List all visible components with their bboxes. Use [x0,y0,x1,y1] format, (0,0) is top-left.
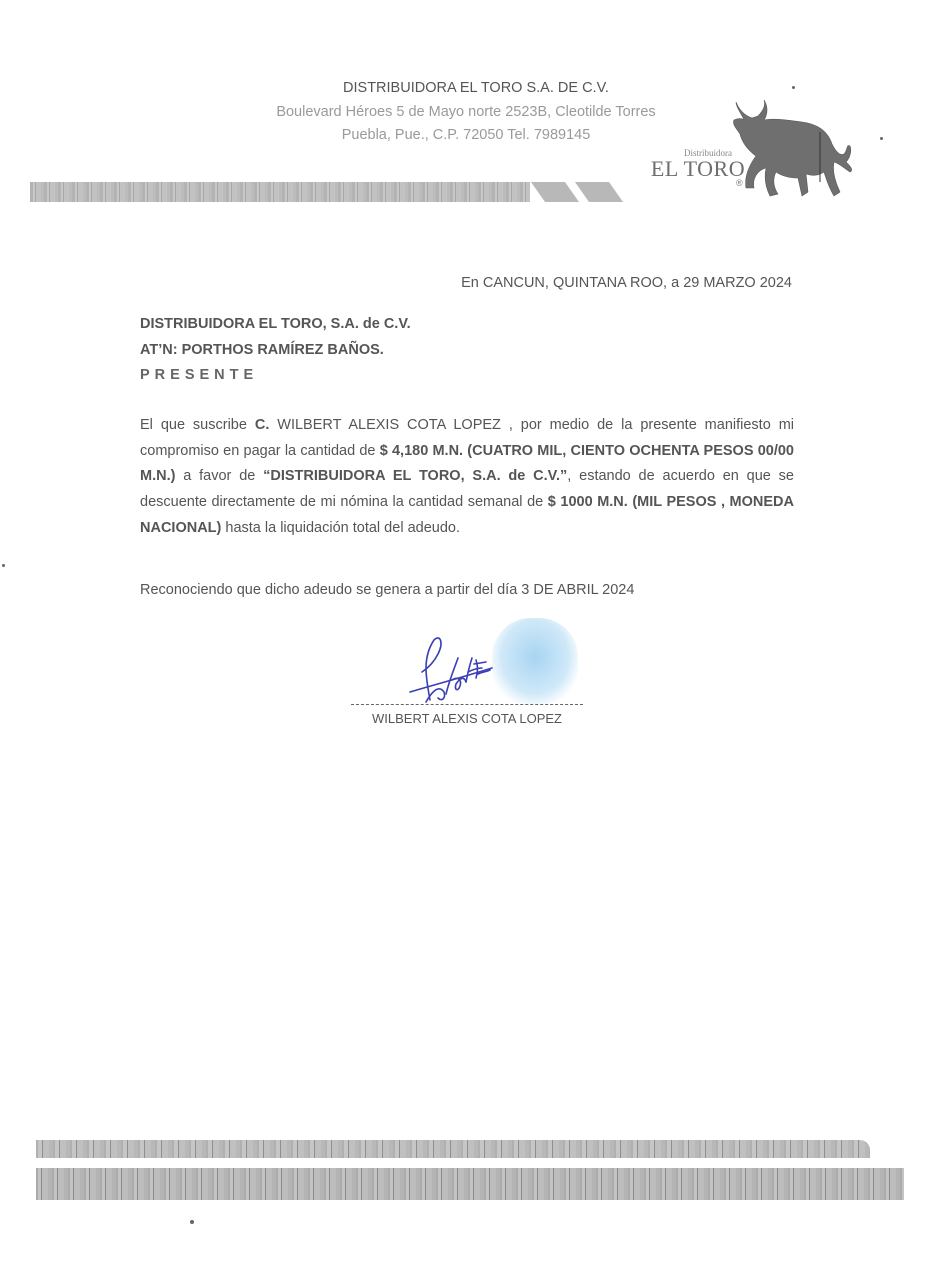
recipient-presente: PRESENTE [140,367,258,383]
footer-stripe-top [36,1140,870,1158]
date-line: En CANCUN, QUINTANA ROO, a 29 MARZO 2024 [380,275,792,291]
recipient-attention: AT’N: PORTHOS RAMÍREZ BAÑOS. [140,342,384,358]
emphasized-text: “DISTRIBUIDORA EL TORO, S.A. de C.V.” [263,468,567,484]
letterhead-stripe [30,182,530,202]
scan-speck [190,1220,194,1224]
scan-speck [880,137,883,140]
handwritten-signature [400,628,500,708]
signature-line [351,704,583,705]
paragraph-text: hasta la liquidación total del adeudo. [221,520,460,536]
emphasized-text: C. [255,417,270,433]
scan-speck [2,564,5,567]
paragraph-text: a favor de [175,468,263,484]
scan-speck [792,86,795,89]
thumbprint [492,618,578,704]
paragraph-text: El que suscribe [140,417,255,433]
signer-name: WILBERT ALEXIS COTA LOPEZ [351,711,583,726]
letterhead-address-line1: Boulevard Héroes 5 de Mayo norte 2523B, … [206,104,726,120]
acknowledgement-line: Reconociendo que dicho adeudo se genera … [140,582,634,598]
bull-icon [722,92,862,204]
recipient-company: DISTRIBUIDORA EL TORO, S.A. de C.V. [140,316,411,332]
letterhead-company: DISTRIBUIDORA EL TORO S.A. DE C.V. [226,80,726,96]
letterhead-stripe-slash [575,182,623,202]
footer-stripe-bottom [36,1168,904,1200]
letterhead-stripe-slash [531,182,579,202]
commitment-paragraph: El que suscribe C. WILBERT ALEXIS COTA L… [140,413,794,542]
letterhead-address-line2: Puebla, Pue., C.P. 72050 Tel. 7989145 [206,127,726,143]
